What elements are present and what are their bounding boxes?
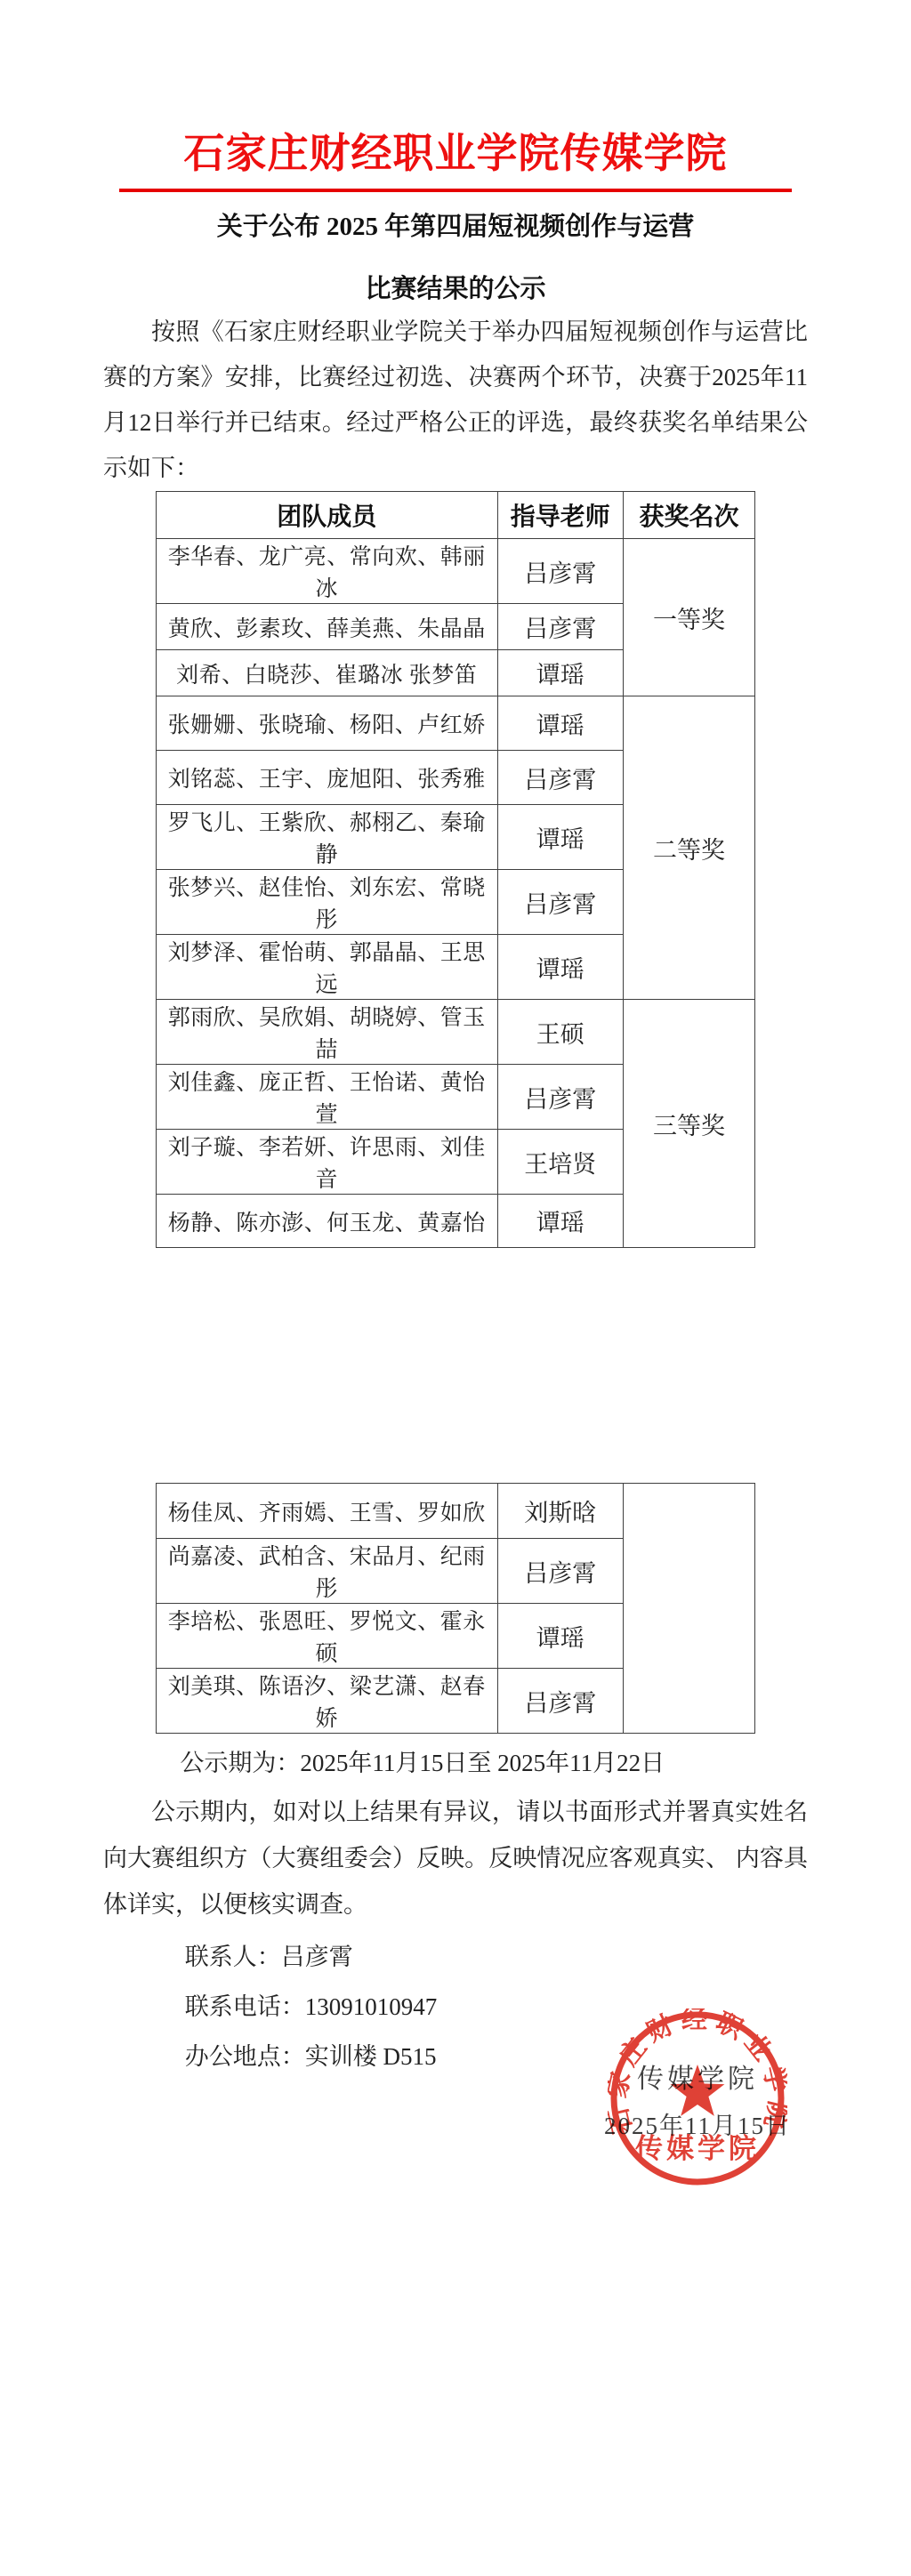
members-cell: 张姗姗、张晓瑜、杨阳、卢红娇 (157, 696, 498, 751)
announcement-document: 石家庄财经职业学院传媒学院 关于公布 2025 年第四届短视频创作与运营 比赛结… (0, 0, 911, 2576)
teacher-cell: 吕彦霄 (497, 751, 623, 805)
prize-cell-third: 三等奖 (623, 1000, 754, 1248)
teacher-cell: 吕彦霄 (497, 604, 623, 650)
page-break-gap (103, 1248, 808, 1483)
teacher-cell: 谭瑶 (497, 1195, 623, 1248)
teacher-cell: 谭瑶 (497, 650, 623, 696)
teacher-cell: 王硕 (497, 1000, 623, 1065)
awards-table-page2: 杨佳凤、齐雨嫣、王雪、罗如欣 刘斯晗 尚嘉凌、武柏含、宋品月、纪雨彤 吕彦霄 李… (156, 1483, 755, 1734)
prize-cell-first: 一等奖 (623, 539, 754, 696)
members-cell: 黄欣、彭素玫、薛美燕、朱晶晶 (157, 604, 498, 650)
header-divider (119, 189, 792, 192)
teacher-cell: 吕彦霄 (497, 1669, 623, 1734)
members-cell: 杨静、陈亦澎、何玉龙、黄嘉怡 (157, 1195, 498, 1248)
teacher-cell: 谭瑶 (497, 696, 623, 751)
awards-table-page1: 团队成员 指导老师 获奖名次 李华春、龙广亮、常向欢、韩丽冰 吕彦霄 一等奖 黄… (156, 491, 755, 1248)
table-row: 郭雨欣、吴欣娟、胡晓婷、管玉喆 王硕 三等奖 (157, 1000, 755, 1065)
teacher-cell: 谭瑶 (497, 1604, 623, 1669)
teacher-cell: 吕彦霄 (497, 539, 623, 604)
col-header-prize: 获奖名次 (623, 492, 754, 539)
teacher-cell: 吕彦霄 (497, 1539, 623, 1604)
teacher-cell: 谭瑶 (497, 935, 623, 1000)
organization-header: 石家庄财经职业学院传媒学院 (103, 130, 808, 176)
intro-paragraph: 按照《石家庄财经职业学院关于举办四届短视频创作与运营比赛的方案》安排，比赛经过初… (103, 310, 808, 491)
contact-person: 联系人：吕彦霄 (103, 1936, 808, 1977)
table-row: 李华春、龙广亮、常向欢、韩丽冰 吕彦霄 一等奖 (157, 539, 755, 604)
seal-star-icon (671, 2065, 725, 2116)
prize-cell-empty (623, 1484, 754, 1734)
official-seal: 石家庄财经职业学院 传媒学院 (608, 2008, 787, 2188)
prize-cell-second: 二等奖 (623, 696, 754, 1000)
members-cell: 李培松、张恩旺、罗悦文、霍永硕 (157, 1604, 498, 1669)
awards-header-row: 团队成员 指导老师 获奖名次 (157, 492, 755, 539)
document-title-line1: 关于公布 2025 年第四届短视频创作与运营 (103, 212, 808, 242)
seal-unit-text: 传媒学院 (635, 2133, 760, 2164)
members-cell: 郭雨欣、吴欣娟、胡晓婷、管玉喆 (157, 1000, 498, 1065)
col-header-teacher: 指导老师 (497, 492, 623, 539)
teacher-cell: 吕彦霄 (497, 1065, 623, 1130)
table-row: 张姗姗、张晓瑜、杨阳、卢红娇 谭瑶 二等奖 (157, 696, 755, 751)
members-cell: 张梦兴、赵佳怡、刘东宏、常晓彤 (157, 870, 498, 935)
members-cell: 李华春、龙广亮、常向欢、韩丽冰 (157, 539, 498, 604)
table-row: 杨佳凤、齐雨嫣、王雪、罗如欣 刘斯晗 (157, 1484, 755, 1539)
teacher-cell: 刘斯晗 (497, 1484, 623, 1539)
teacher-cell: 王培贤 (497, 1130, 623, 1195)
objection-paragraph: 公示期内，如对以上结果有异议，请以书面形式并署真实姓名向大赛组织方（大赛组委会）… (103, 1789, 808, 1928)
members-cell: 尚嘉凌、武柏含、宋品月、纪雨彤 (157, 1539, 498, 1604)
document-title-line2: 比赛结果的公示 (103, 274, 808, 304)
teacher-cell: 谭瑶 (497, 805, 623, 870)
members-cell: 刘美琪、陈语汐、梁艺潇、赵春娇 (157, 1669, 498, 1734)
document-body: 石家庄财经职业学院传媒学院 关于公布 2025 年第四届短视频创作与运营 比赛结… (0, 0, 911, 2077)
members-cell: 杨佳凤、齐雨嫣、王雪、罗如欣 (157, 1484, 498, 1539)
members-cell: 刘梦泽、霍怡萌、郭晶晶、王思远 (157, 935, 498, 1000)
col-header-members: 团队成员 (157, 492, 498, 539)
members-cell: 刘佳鑫、庞正哲、王怡诺、黄怡萱 (157, 1065, 498, 1130)
teacher-cell: 吕彦霄 (497, 870, 623, 935)
publicity-period: 公示期为：2025年11月15日至 2025年11月22日 (103, 1743, 808, 1783)
members-cell: 刘希、白晓莎、崔璐冰 张梦笛 (157, 650, 498, 696)
members-cell: 刘铭蕊、王宇、庞旭阳、张秀雅 (157, 751, 498, 805)
members-cell: 刘子璇、李若妍、许思雨、刘佳音 (157, 1130, 498, 1195)
members-cell: 罗飞儿、王紫欣、郝栩乙、秦瑜静 (157, 805, 498, 870)
